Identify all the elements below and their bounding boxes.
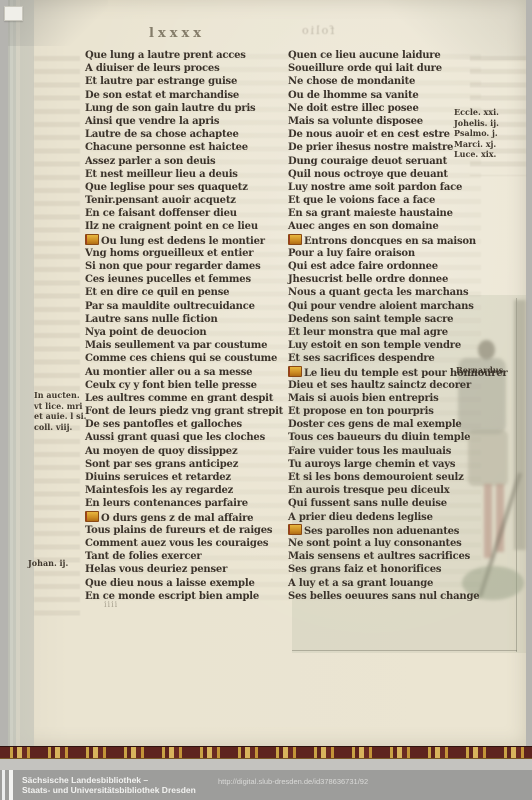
library-name-line2: Staats- und Universitätsbibliothek Dresd… [22, 785, 196, 795]
verse-line: Tu auroys large chemin et vays [288, 458, 503, 471]
verse-text: Et en dire ce quil en pense [85, 287, 229, 298]
verse-line: Nya point de deuocion [85, 326, 300, 339]
verse-line: Ou lung est dedens le montier [85, 234, 300, 247]
verse-text: Et ses sacrifices despendre [288, 353, 435, 364]
verse-text: Si non que pour regarder dames [85, 261, 261, 272]
showthrough-architecture [514, 300, 526, 550]
verse-text: Maintesfois les ay regardez [85, 485, 233, 496]
margin-note-line: vt lice. mri [34, 401, 86, 412]
verse-line: Et en dire ce quil en pense [85, 286, 300, 299]
verse-text: De son estat et marchandise [85, 90, 239, 101]
verse-text: De prier ihesus nostre maistre [288, 142, 453, 153]
verse-line: En sa grant maieste haustaine [288, 207, 503, 220]
verse-text: Luy nostre ame soit pardon face [288, 182, 462, 193]
verse-text: Jhesucrist belle ordre donnee [288, 274, 448, 285]
verse-text: Qui pour vendre aloient marchans [288, 301, 474, 312]
verse-text: Auec anges en son domaine [288, 221, 439, 232]
verse-line: Ses belles oeuures sans nul change [288, 590, 503, 603]
verse-line: Et ses sacrifices despendre [288, 352, 503, 365]
verse-line: Et que le voions face a face [288, 194, 503, 207]
corner-shadow [8, 0, 108, 46]
verse-text: Ou de lhomme sa vanite [288, 90, 419, 101]
verse-text: Par sa mauldite oultrecuidance [85, 301, 255, 312]
verse-text: Dieu et ses haultz sainctz decorer [288, 380, 471, 391]
margin-note-johan: Johan. ij. [28, 558, 68, 569]
verse-line: Si non que pour regarder dames [85, 260, 300, 273]
verse-line: Tous ces baueurs du diuin temple [288, 431, 503, 444]
verse-text: Helas vous deuriez penser [85, 564, 227, 575]
gilded-book-edge [0, 746, 532, 759]
scanned-manuscript-viewer: lxxxx folio Que lung a lautre prent acce… [0, 0, 532, 800]
verse-text: Au moyen de quoy dissippez [85, 446, 237, 457]
margin-note-line: coll. viij. [34, 422, 86, 433]
verse-line: Lautre sans nulle fiction [85, 313, 300, 326]
illuminated-initial [288, 366, 302, 377]
verse-text: Quil nous octroye que deuant [288, 169, 448, 180]
verse-line: De son estat et marchandise [85, 89, 300, 102]
verse-line: Helas vous deuriez penser [85, 563, 300, 576]
verse-line: Qui fussent sans nulle deuise [288, 497, 503, 510]
verse-text: Et propose en ton pourpris [288, 406, 434, 417]
verse-line: Vng homs orgueilleux et entier [85, 247, 300, 260]
verse-text: Mais sensens et aultres sacrifices [288, 551, 470, 562]
verse-line: Lautre de sa chose achaptee [85, 128, 300, 141]
verse-text: En sa grant maieste haustaine [288, 208, 453, 219]
margin-note-citations: Eccle. xxi.Johelis. ij.Psalmo. j.Marci. … [454, 107, 499, 160]
verse-text: Ceulx cy y font bien telle presse [85, 380, 257, 391]
verse-text: Dung couraige deuot seruant [288, 156, 447, 167]
verse-text: Comment auez vous les couraiges [85, 538, 268, 549]
verse-text: Nous a quant gecta les marchans [288, 287, 468, 298]
verse-text: Lung de son gain lautre du pris [85, 103, 255, 114]
verse-text: Et nest meilleur lieu a deuis [85, 169, 238, 180]
verse-text: Nya point de deuocion [85, 327, 207, 338]
verse-text: Ou lung est dedens le montier [101, 236, 265, 247]
verse-text: Pour a luy faire oraison [288, 248, 415, 259]
verse-line: Assez parler a son deuis [85, 155, 300, 168]
verse-line: Soueillure orde qui lait dure [288, 62, 503, 75]
verse-text: Et leur monstra que mal agre [288, 327, 448, 338]
verse-line: Entrons doncques en sa maison [288, 234, 503, 247]
verse-text: Entrons doncques en sa maison [304, 236, 476, 247]
verse-line: Aussi grant quasi que les cloches [85, 431, 300, 444]
verse-text: Lautre de sa chose achaptee [85, 129, 239, 140]
verse-text: Les aultres comme en grant despit [85, 393, 273, 404]
verse-text: En ce faisant doffenser dieu [85, 208, 237, 219]
verse-text: Qui est adce faire ordonnee [288, 261, 438, 272]
verse-text: Luy estoit en son temple vendre [288, 340, 461, 351]
verse-line: A prier dieu dedens leglise [288, 511, 503, 524]
verse-line: Diuins seruices et retardez [85, 471, 300, 484]
quire-signature: iiii [104, 600, 118, 609]
library-name-line1: Sächsische Landesbibliothek – [22, 775, 196, 785]
verse-text: En aurois tresque peu diceulx [288, 485, 450, 496]
verse-text: Font de leurs piedz vng grant strepit [85, 406, 283, 417]
verse-line: Mais seullement va par coustume [85, 339, 300, 352]
verse-text: Mais seullement va par coustume [85, 340, 267, 351]
verse-text: Et lautre par estrange guise [85, 76, 237, 87]
verse-text: Comme ces chiens qui se coustume [85, 353, 277, 364]
verse-line: Par sa mauldite oultrecuidance [85, 300, 300, 313]
verse-line: Faire vuider tous les mauluais [288, 445, 503, 458]
verse-text: Chacune personne est haictee [85, 142, 248, 153]
verse-line: Et si les bons demouroient seulz [288, 471, 503, 484]
verse-line: Jhesucrist belle ordre donnee [288, 273, 503, 286]
verse-text: Ilz ne craignent point en ce lieu [85, 221, 258, 232]
illuminated-initial [85, 511, 99, 522]
verse-text: Faire vuider tous les mauluais [288, 446, 451, 457]
verse-line: En aurois tresque peu diceulx [288, 484, 503, 497]
verse-text: Tant de folies exercer [85, 551, 202, 562]
verse-line: A luy et a sa grant louange [288, 577, 503, 590]
verse-text: Ses belles oeuures sans nul change [288, 591, 479, 602]
verse-line: Pour a luy faire oraison [288, 247, 503, 260]
verse-text: De ses pantofles et galloches [85, 419, 242, 430]
margin-note-line: Marci. xj. [454, 139, 499, 150]
verse-text: Ne chose de mondanite [288, 76, 415, 87]
verse-text: Que lung a lautre prent acces [85, 50, 246, 61]
margin-note-line: In aucten. [34, 390, 86, 401]
verse-text: Dedens son saint temple sacre [288, 314, 453, 325]
margin-note-line: Johan. ij. [28, 558, 68, 569]
verse-line: Ou de lhomme sa vanite [288, 89, 503, 102]
verse-line: Font de leurs piedz vng grant strepit [85, 405, 300, 418]
verse-text: Que leglise pour ses quaquetz [85, 182, 248, 193]
margin-note-line: Eccle. xxi. [454, 107, 499, 118]
verse-text: Et que le voions face a face [288, 195, 435, 206]
verse-line: Comment auez vous les couraiges [85, 537, 300, 550]
folio-number: lxxxx [132, 26, 222, 41]
verse-line: Mais si auois bien entrepris [288, 392, 503, 405]
illuminated-initial [85, 234, 99, 245]
verse-text: Vng homs orgueilleux et entier [85, 248, 253, 259]
verse-text: Tenir.pensant auoir acquetz [85, 195, 236, 206]
margin-note-aucten: In aucten.vt lice. mriet auie. l si.coll… [34, 390, 86, 432]
verse-text: A prier dieu dedens leglise [288, 512, 433, 523]
verse-line: Tant de folies exercer [85, 550, 300, 563]
verse-line: Doster ces gens de mal exemple [288, 418, 503, 431]
verse-line: Ne sont point a luy consonantes [288, 537, 503, 550]
verse-line: Et nest meilleur lieu a deuis [85, 168, 300, 181]
verse-line: Que lung a lautre prent acces [85, 49, 300, 62]
verse-line: Quil nous octroye que deuant [288, 168, 503, 181]
verse-line: Lung de son gain lautre du pris [85, 102, 300, 115]
verse-text: Sont par ses grans anticipez [85, 459, 238, 470]
library-footer-bar: Sächsische Landesbibliothek – Staats- un… [0, 770, 532, 800]
showthrough-folio-label: folio [300, 24, 334, 37]
verse-text: Mais si auois bien entrepris [288, 393, 439, 404]
library-name: Sächsische Landesbibliothek – Staats- un… [22, 775, 196, 795]
verse-text: Qui fussent sans nulle deuise [288, 498, 447, 509]
verse-text: Au montier aller ou a sa messe [85, 367, 252, 378]
illuminated-initial [288, 524, 302, 535]
verse-line: En ce faisant doffenser dieu [85, 207, 300, 220]
verse-line: Ses parolles non aduenantes [288, 524, 503, 537]
verse-line: Que dieu nous a laisse exemple [85, 577, 300, 590]
verse-text: En leurs contenances parfaire [85, 498, 248, 509]
verse-text: Lautre sans nulle fiction [85, 314, 218, 325]
verse-line: Comme ces chiens qui se coustume [85, 352, 300, 365]
verse-line: Sont par ses grans anticipez [85, 458, 300, 471]
verse-line: Maintesfois les ay regardez [85, 484, 300, 497]
verse-text: Et si les bons demouroient seulz [288, 472, 464, 483]
verse-line: Quen ce lieu aucune laidure [288, 49, 503, 62]
scan-background-strip [0, 759, 532, 770]
verse-text: A luy et a sa grant louange [288, 578, 433, 589]
verse-text: Tous ces baueurs du diuin temple [288, 432, 470, 443]
verse-text: A diuiser de leurs proces [85, 63, 220, 74]
verse-line: Chacune personne est haictee [85, 141, 300, 154]
verse-text: Ne sont point a luy consonantes [288, 538, 462, 549]
footer-stripe [9, 770, 13, 800]
verse-line: Ilz ne craignent point en ce lieu [85, 220, 300, 233]
illuminated-initial [288, 234, 302, 245]
margin-note-line: Johelis. ij. [454, 118, 499, 129]
verse-line: Nous a quant gecta les marchans [288, 286, 503, 299]
verse-text: Ses grans faiz et honorifices [288, 564, 441, 575]
verse-line: Et propose en ton pourpris [288, 405, 503, 418]
verse-line: O durs gens z de mal affaire [85, 511, 300, 524]
verse-line: Et leur monstra que mal agre [288, 326, 503, 339]
margin-note-line: Bernardus. [456, 365, 506, 376]
shelfmark-sticker [4, 6, 23, 21]
verse-line: Les aultres comme en grant despit [85, 392, 300, 405]
verse-line: Au moyen de quoy dissippez [85, 445, 300, 458]
verse-text: Soueillure orde qui lait dure [288, 63, 442, 74]
verse-text: Tu auroys large chemin et vays [288, 459, 455, 470]
verse-line: Ceulx cy y font bien telle presse [85, 379, 300, 392]
verse-line: Mais sensens et aultres sacrifices [288, 550, 503, 563]
verse-text: Aussi grant quasi que les cloches [85, 432, 265, 443]
verse-line: Auec anges en son domaine [288, 220, 503, 233]
page-gutter-edges [8, 0, 34, 746]
verse-line: Ne chose de mondanite [288, 75, 503, 88]
verse-text: Assez parler a son deuis [85, 156, 215, 167]
verse-line: Dedens son saint temple sacre [288, 313, 503, 326]
verse-line: En leurs contenances parfaire [85, 497, 300, 510]
margin-note-line: Psalmo. j. [454, 128, 499, 139]
showthrough-frame-line [292, 650, 517, 651]
margin-note-bernardus: Bernardus. [456, 365, 506, 376]
verse-line: Ses grans faiz et honorifices [288, 563, 503, 576]
verse-text: Mais sa volunte disposee [288, 116, 423, 127]
margin-note-line: et auie. l si. [34, 411, 86, 422]
verse-line: Luy nostre ame soit pardon face [288, 181, 503, 194]
text-column-left: Que lung a lautre prent accesA diuiser d… [85, 49, 300, 603]
footer-stripe [2, 770, 5, 800]
verse-line: Tenir.pensant auoir acquetz [85, 194, 300, 207]
verse-line: A diuiser de leurs proces [85, 62, 300, 75]
margin-note-line: Luce. xix. [454, 149, 499, 160]
verse-line: Dieu et ses haultz sainctz decorer [288, 379, 503, 392]
verse-line: Qui est adce faire ordonnee [288, 260, 503, 273]
verse-text: Que dieu nous a laisse exemple [85, 578, 255, 589]
verse-line: Ainsi que vendre la apris [85, 115, 300, 128]
verse-line: Que leglise pour ses quaquetz [85, 181, 300, 194]
verse-line: Et lautre par estrange guise [85, 75, 300, 88]
verse-text: O durs gens z de mal affaire [101, 513, 253, 524]
verse-text: Ses parolles non aduenantes [304, 526, 459, 537]
verse-text: Ainsi que vendre la apris [85, 116, 219, 127]
verse-line: Luy estoit en son temple vendre [288, 339, 503, 352]
verse-text: De nous auoir et en cest estre [288, 129, 450, 140]
verse-text: Tous plains de fureurs et de raiges [85, 525, 272, 536]
verse-text: Ces ieunes pucelles et femmes [85, 274, 251, 285]
persistent-url: http://digital.slub-dresden.de/id3786367… [218, 777, 368, 786]
verse-line: De ses pantofles et galloches [85, 418, 300, 431]
verse-text: Diuins seruices et retardez [85, 472, 231, 483]
verse-line: Qui pour vendre aloient marchans [288, 300, 503, 313]
verse-text: Ne doit estre illec posee [288, 103, 419, 114]
verse-text: Quen ce lieu aucune laidure [288, 50, 441, 61]
verse-line: Ces ieunes pucelles et femmes [85, 273, 300, 286]
verse-line: Tous plains de fureurs et de raiges [85, 524, 300, 537]
verse-text: Doster ces gens de mal exemple [288, 419, 462, 430]
verse-line: Au montier aller ou a sa messe [85, 366, 300, 379]
